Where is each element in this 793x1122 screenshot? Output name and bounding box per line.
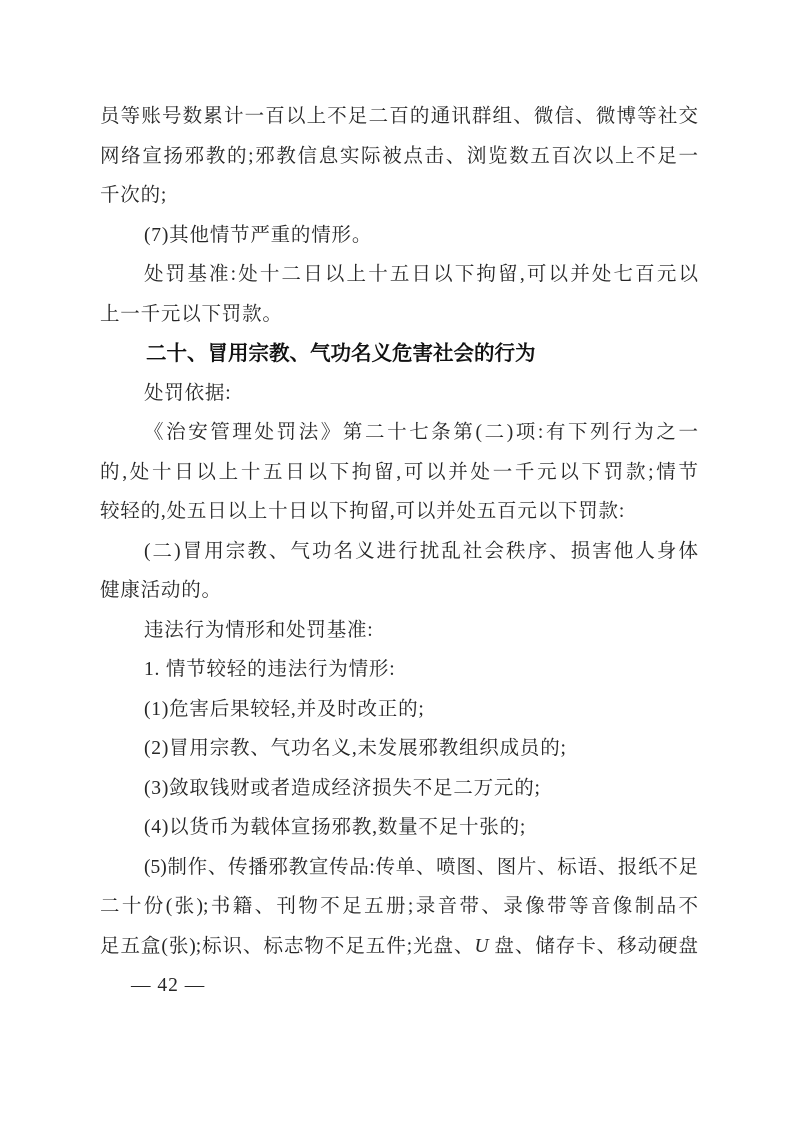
italic-letter: U (474, 936, 488, 957)
text-line: 处罚基准:处十二日以上十五日以下拘留,可以并处七百元以 (100, 255, 698, 295)
text-line: 1. 情节较轻的违法行为情形: (100, 650, 698, 690)
text-line: (2)冒用宗教、气功名义,未发展邪教组织成员的; (100, 729, 698, 769)
text-line: (4)以货币为载体宣扬邪教,数量不足十张的; (100, 808, 698, 848)
text-line: 网络宣扬邪教的;邪教信息实际被点击、浏览数五百次以上不足一 (100, 137, 698, 177)
text-segment: 足五盒(张);标识、标志物不足五件;光盘、 (100, 936, 474, 957)
text-line: 足五盒(张);标识、标志物不足五件;光盘、U 盘、储存卡、移动硬盘 (100, 927, 698, 967)
text-line: (7)其他情节严重的情形。 (100, 216, 698, 256)
text-line: 上一千元以下罚款。 (100, 295, 698, 335)
text-line: (二)冒用宗教、气功名义进行扰乱社会秩序、损害他人身体 (100, 532, 698, 572)
text-line: 《治安管理处罚法》第二十七条第(二)项:有下列行为之一 (100, 413, 698, 453)
text-line: 健康活动的。 (100, 571, 698, 611)
text-line: 千次的; (100, 176, 698, 216)
page-body: 员等账号数累计一百以上不足二百的通讯群组、微信、微博等社交网络宣扬邪教的;邪教信… (0, 0, 698, 966)
text-line: 二十份(张);书籍、刊物不足五册;录音带、录像带等音像制品不 (100, 887, 698, 927)
document-page: 员等账号数累计一百以上不足二百的通讯群组、微信、微博等社交网络宣扬邪教的;邪教信… (0, 0, 793, 1122)
text-line: (5)制作、传播邪教宣传品:传单、喷图、图片、标语、报纸不足 (100, 848, 698, 888)
text-line: (1)危害后果较轻,并及时改正的; (100, 690, 698, 730)
text-line: 的,处十日以上十五日以下拘留,可以并处一千元以下罚款;情节 (100, 453, 698, 493)
text-line: 违法行为情形和处罚基准: (100, 611, 698, 651)
page-number: — 42 — (0, 966, 793, 1006)
text-line: 较轻的,处五日以上十日以下拘留,可以并处五百元以下罚款: (100, 492, 698, 532)
text-line: (3)敛取钱财或者造成经济损失不足二万元的; (100, 769, 698, 809)
text-segment: 盘、储存卡、移动硬盘 (489, 936, 698, 957)
section-heading: 二十、冒用宗教、气功名义危害社会的行为 (100, 334, 698, 374)
text-line: 员等账号数累计一百以上不足二百的通讯群组、微信、微博等社交 (100, 97, 698, 137)
text-line: 处罚依据: (100, 374, 698, 414)
